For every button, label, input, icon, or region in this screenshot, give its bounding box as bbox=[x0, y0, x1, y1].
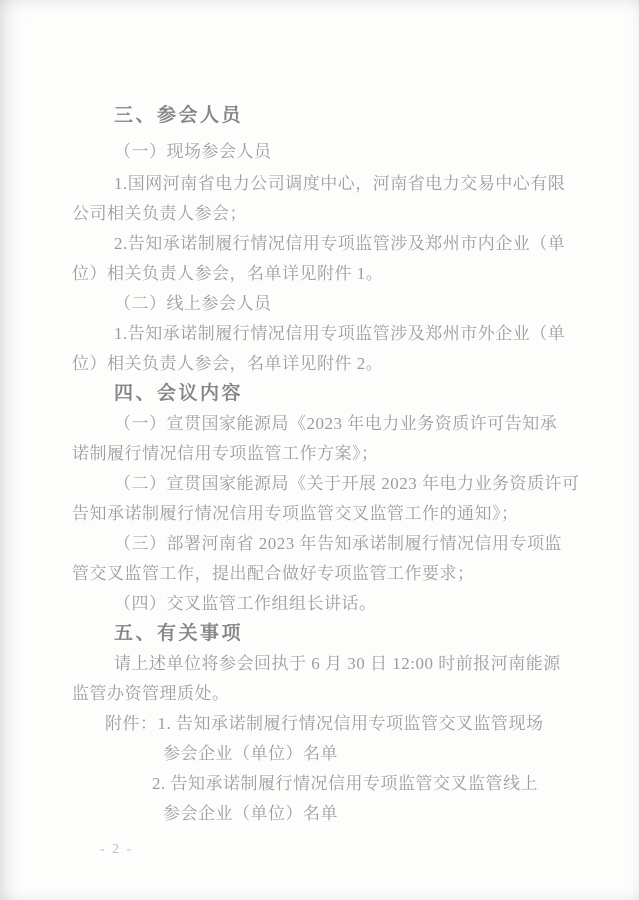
text-line: 管交叉监管工作，提出配合做好专项监管工作要求； bbox=[72, 559, 602, 589]
text-line: 公司相关负责人参会； bbox=[72, 199, 602, 229]
section-heading-agenda: 四、会议内容 bbox=[72, 379, 602, 409]
text-line: 位）相关负责人参会，名单详见附件 1。 bbox=[72, 259, 602, 289]
section-heading-participants: 三、参会人员 bbox=[72, 101, 602, 131]
attachment-line-2-wrap: 参会企业（单位）名单 bbox=[72, 799, 602, 829]
scanned-document-page: 三、参会人员 （一）现场参会人员 1.国网河南省电力公司调度中心，河南省电力交易… bbox=[0, 0, 639, 900]
text-line: 1.国网河南省电力公司调度中心，河南省电力交易中心有限 bbox=[72, 169, 602, 199]
attachment-line-1: 附件：1. 告知承诺制履行情况信用专项监管交叉监管现场 bbox=[72, 709, 602, 739]
text-line: （一）宣贯国家能源局《2023 年电力业务资质许可告知承 bbox=[72, 409, 602, 439]
text-line: 1.告知承诺制履行情况信用专项监管涉及郑州市外企业（单 bbox=[72, 319, 602, 349]
attachment-line-1-wrap: 参会企业（单位）名单 bbox=[72, 739, 602, 769]
text-line: 诺制履行情况信用专项监管工作方案》； bbox=[72, 439, 602, 469]
section-heading-related-matters: 五、有关事项 bbox=[72, 619, 602, 649]
text-line: 告知承诺制履行情况信用专项监管交叉监管工作的通知》； bbox=[72, 499, 602, 529]
text-line: 请上述单位将参会回执于 6 月 30 日 12:00 时前报河南能源 bbox=[72, 649, 602, 679]
text-line: 位）相关负责人参会，名单详见附件 2。 bbox=[72, 349, 602, 379]
text-line: 监管办资管理质处。 bbox=[72, 679, 602, 709]
page-number: - 2 - bbox=[100, 840, 133, 860]
text-line: （四）交叉监管工作组组长讲话。 bbox=[72, 589, 602, 619]
text-line: （三）部署河南省 2023 年告知承诺制履行情况信用专项监 bbox=[72, 529, 602, 559]
text-line: （二）宣贯国家能源局《关于开展 2023 年电力业务资质许可 bbox=[72, 469, 602, 499]
page-content: 三、参会人员 （一）现场参会人员 1.国网河南省电力公司调度中心，河南省电力交易… bbox=[72, 101, 602, 829]
subsection-heading-online: （二）线上参会人员 bbox=[72, 289, 602, 319]
text-line: 2.告知承诺制履行情况信用专项监管涉及郑州市内企业（单 bbox=[72, 229, 602, 259]
subsection-heading-onsite: （一）现场参会人员 bbox=[72, 137, 602, 167]
attachment-line-2: 2. 告知承诺制履行情况信用专项监管交叉监管线上 bbox=[72, 769, 602, 799]
